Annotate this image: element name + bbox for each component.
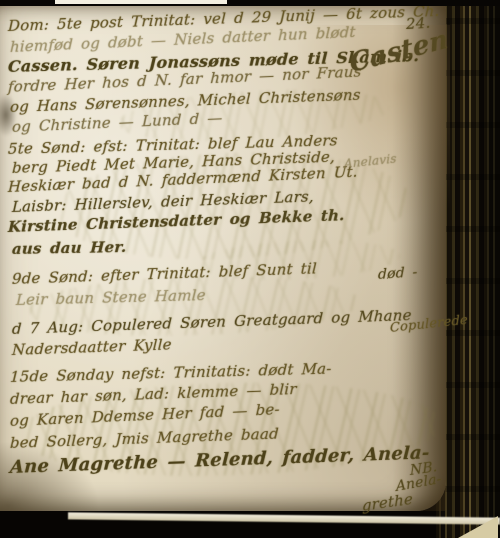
- margin-note-casten: Casten: [348, 25, 450, 79]
- manuscript-line: aus dau Her.: [12, 238, 127, 258]
- margin-note-anelavis: Anelavis: [344, 151, 397, 171]
- margin-note-grethe: grethe: [362, 490, 414, 515]
- margin-note-dod: død -: [378, 264, 417, 283]
- manuscript-photo: Dom: 5te post Trinitat: vel d 29 Junij —…: [0, 0, 500, 538]
- top-edge-highlight: [55, 0, 227, 4]
- manuscript-page: Dom: 5te post Trinitat: vel d 29 Junij —…: [0, 5, 446, 511]
- manuscript-line: Nadersdaatter Kylle: [12, 335, 172, 359]
